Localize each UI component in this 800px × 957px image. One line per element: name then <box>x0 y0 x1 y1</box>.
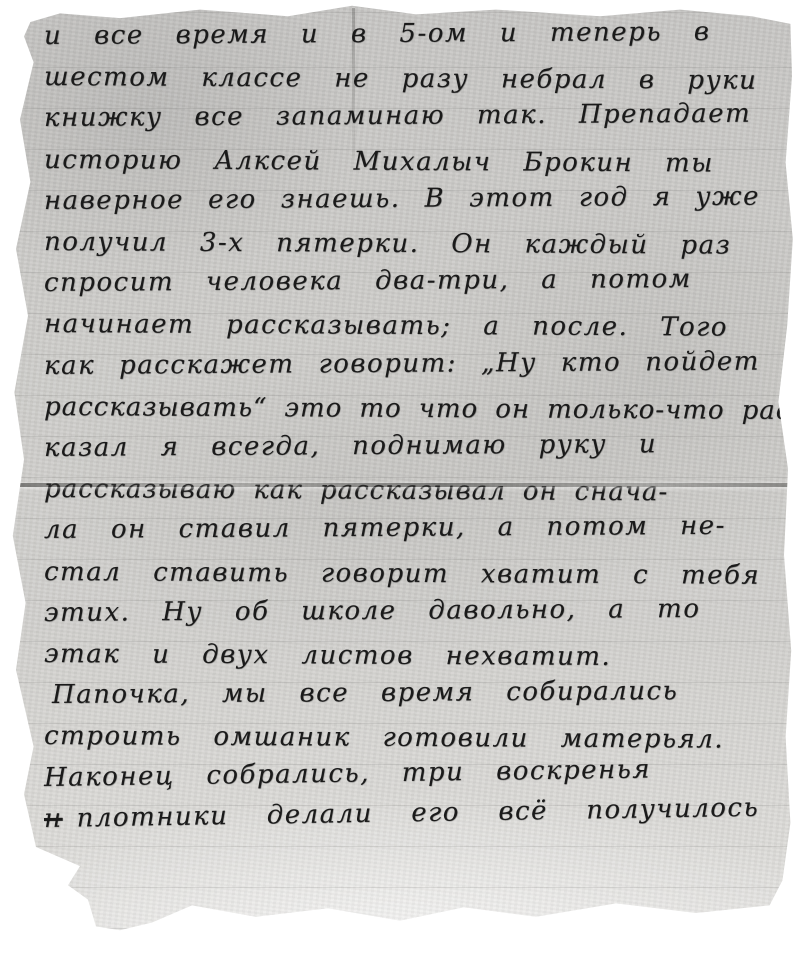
handwriting-line: спросит человека два-три, а потом <box>44 259 786 305</box>
handwriting-line: ла он ставил пятерки, а потом не- <box>44 506 786 552</box>
photo-background: и все время и в 5-ом и теперь в шестом к… <box>0 0 800 957</box>
handwriting-line: Папочка, мы все время собирались <box>44 671 786 717</box>
handwriting-line: книжку все запаминаю так. Препадает <box>44 94 786 140</box>
handwriting-line: и все время и в 5-ом и теперь в <box>44 11 786 57</box>
fold-crease <box>0 483 800 487</box>
handwriting: и все время и в 5-ом и теперь в шестом к… <box>44 16 786 840</box>
handwriting-line: наверное его знаешь. В этот год я уже <box>44 176 786 222</box>
crossed-out-word: н <box>44 804 63 834</box>
letter-paper: и все время и в 5-ом и теперь в шестом к… <box>0 0 800 957</box>
handwriting-line: как расскажет говорит: „Ну кто пойдет <box>44 341 786 387</box>
handwriting-line-text: плотники делали его всё получилось <box>76 793 759 834</box>
handwriting-line: этих. Ну об школе давольно, а то <box>44 588 786 634</box>
handwriting-line: казал я всегда, поднимаю руку и <box>44 423 786 469</box>
